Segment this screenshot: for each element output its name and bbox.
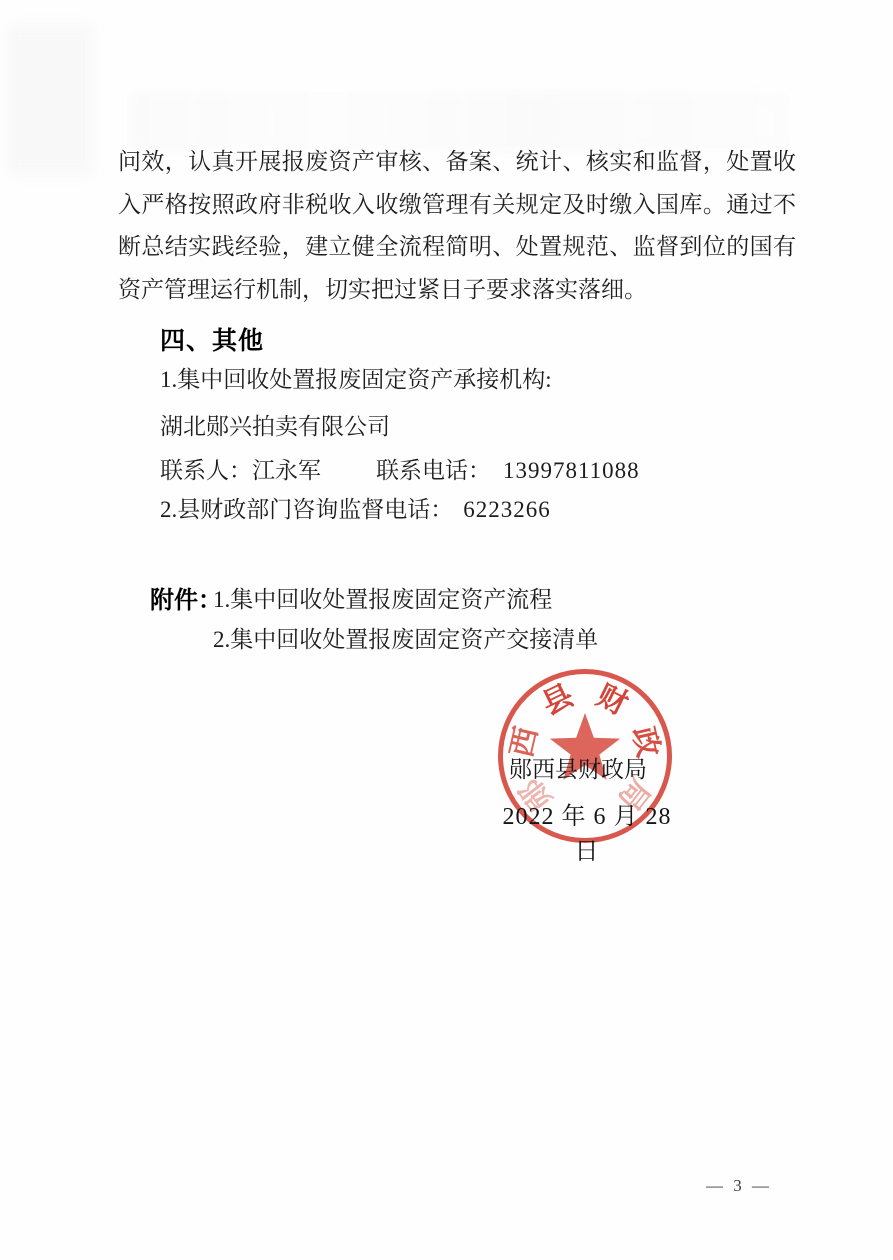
attachment-item-1: 1.集中回收处置报废固定资产流程 [213, 581, 552, 614]
attachment-item-2: 2.集中回收处置报废固定资产交接清单 [213, 621, 598, 654]
contact-person-label: 联系人： [160, 458, 252, 483]
contact-line: 联系人：江永军联系电话：13997811088 [160, 452, 640, 485]
signature-date: 2022 年 6 月 28 日 [493, 796, 681, 866]
scan-bleed-through [130, 92, 790, 150]
contact-phone-number: 13997811088 [503, 458, 640, 483]
page-number: — 3 — [706, 1176, 772, 1196]
list-item-supervision-phone: 2.县财政部门咨询监督电话：6223266 [160, 491, 551, 524]
contact-phone-label: 联系电话： [376, 458, 491, 483]
section-heading: 四、其他 [160, 321, 264, 357]
paragraph-line-4: 资产管理运行机制，切实把过紧日子要求落实落细。 [118, 276, 796, 304]
signature-organization: 郧西县财政局 [490, 751, 666, 784]
list-item-undertaker: 1.集中回收处置报废固定资产承接机构: [160, 361, 552, 394]
supervision-phone-number: 6223266 [463, 497, 551, 522]
document-page: 问效，认真开展报废资产审核、备案、统计、核实和监督，处置收 入严格按照政府非税收… [0, 0, 893, 1260]
paragraph-line-3: 断总结实践经验，建立健全流程简明、处置规范、监督到位的国有 [118, 233, 796, 261]
contact-person-name: 江永军 [252, 458, 321, 483]
company-name: 湖北郧兴拍卖有限公司 [160, 408, 390, 441]
paragraph-line-2: 入严格按照政府非税收入收缴管理有关规定及时缴入国库。通过不 [118, 191, 796, 219]
scan-artifact-top-left [8, 25, 93, 175]
paragraph-line-1: 问效，认真开展报废资产审核、备案、统计、核实和监督，处置收 [118, 148, 796, 176]
supervision-phone-label: 2.县财政部门咨询监督电话： [160, 497, 453, 522]
attachments-label: 附件： [150, 580, 222, 615]
